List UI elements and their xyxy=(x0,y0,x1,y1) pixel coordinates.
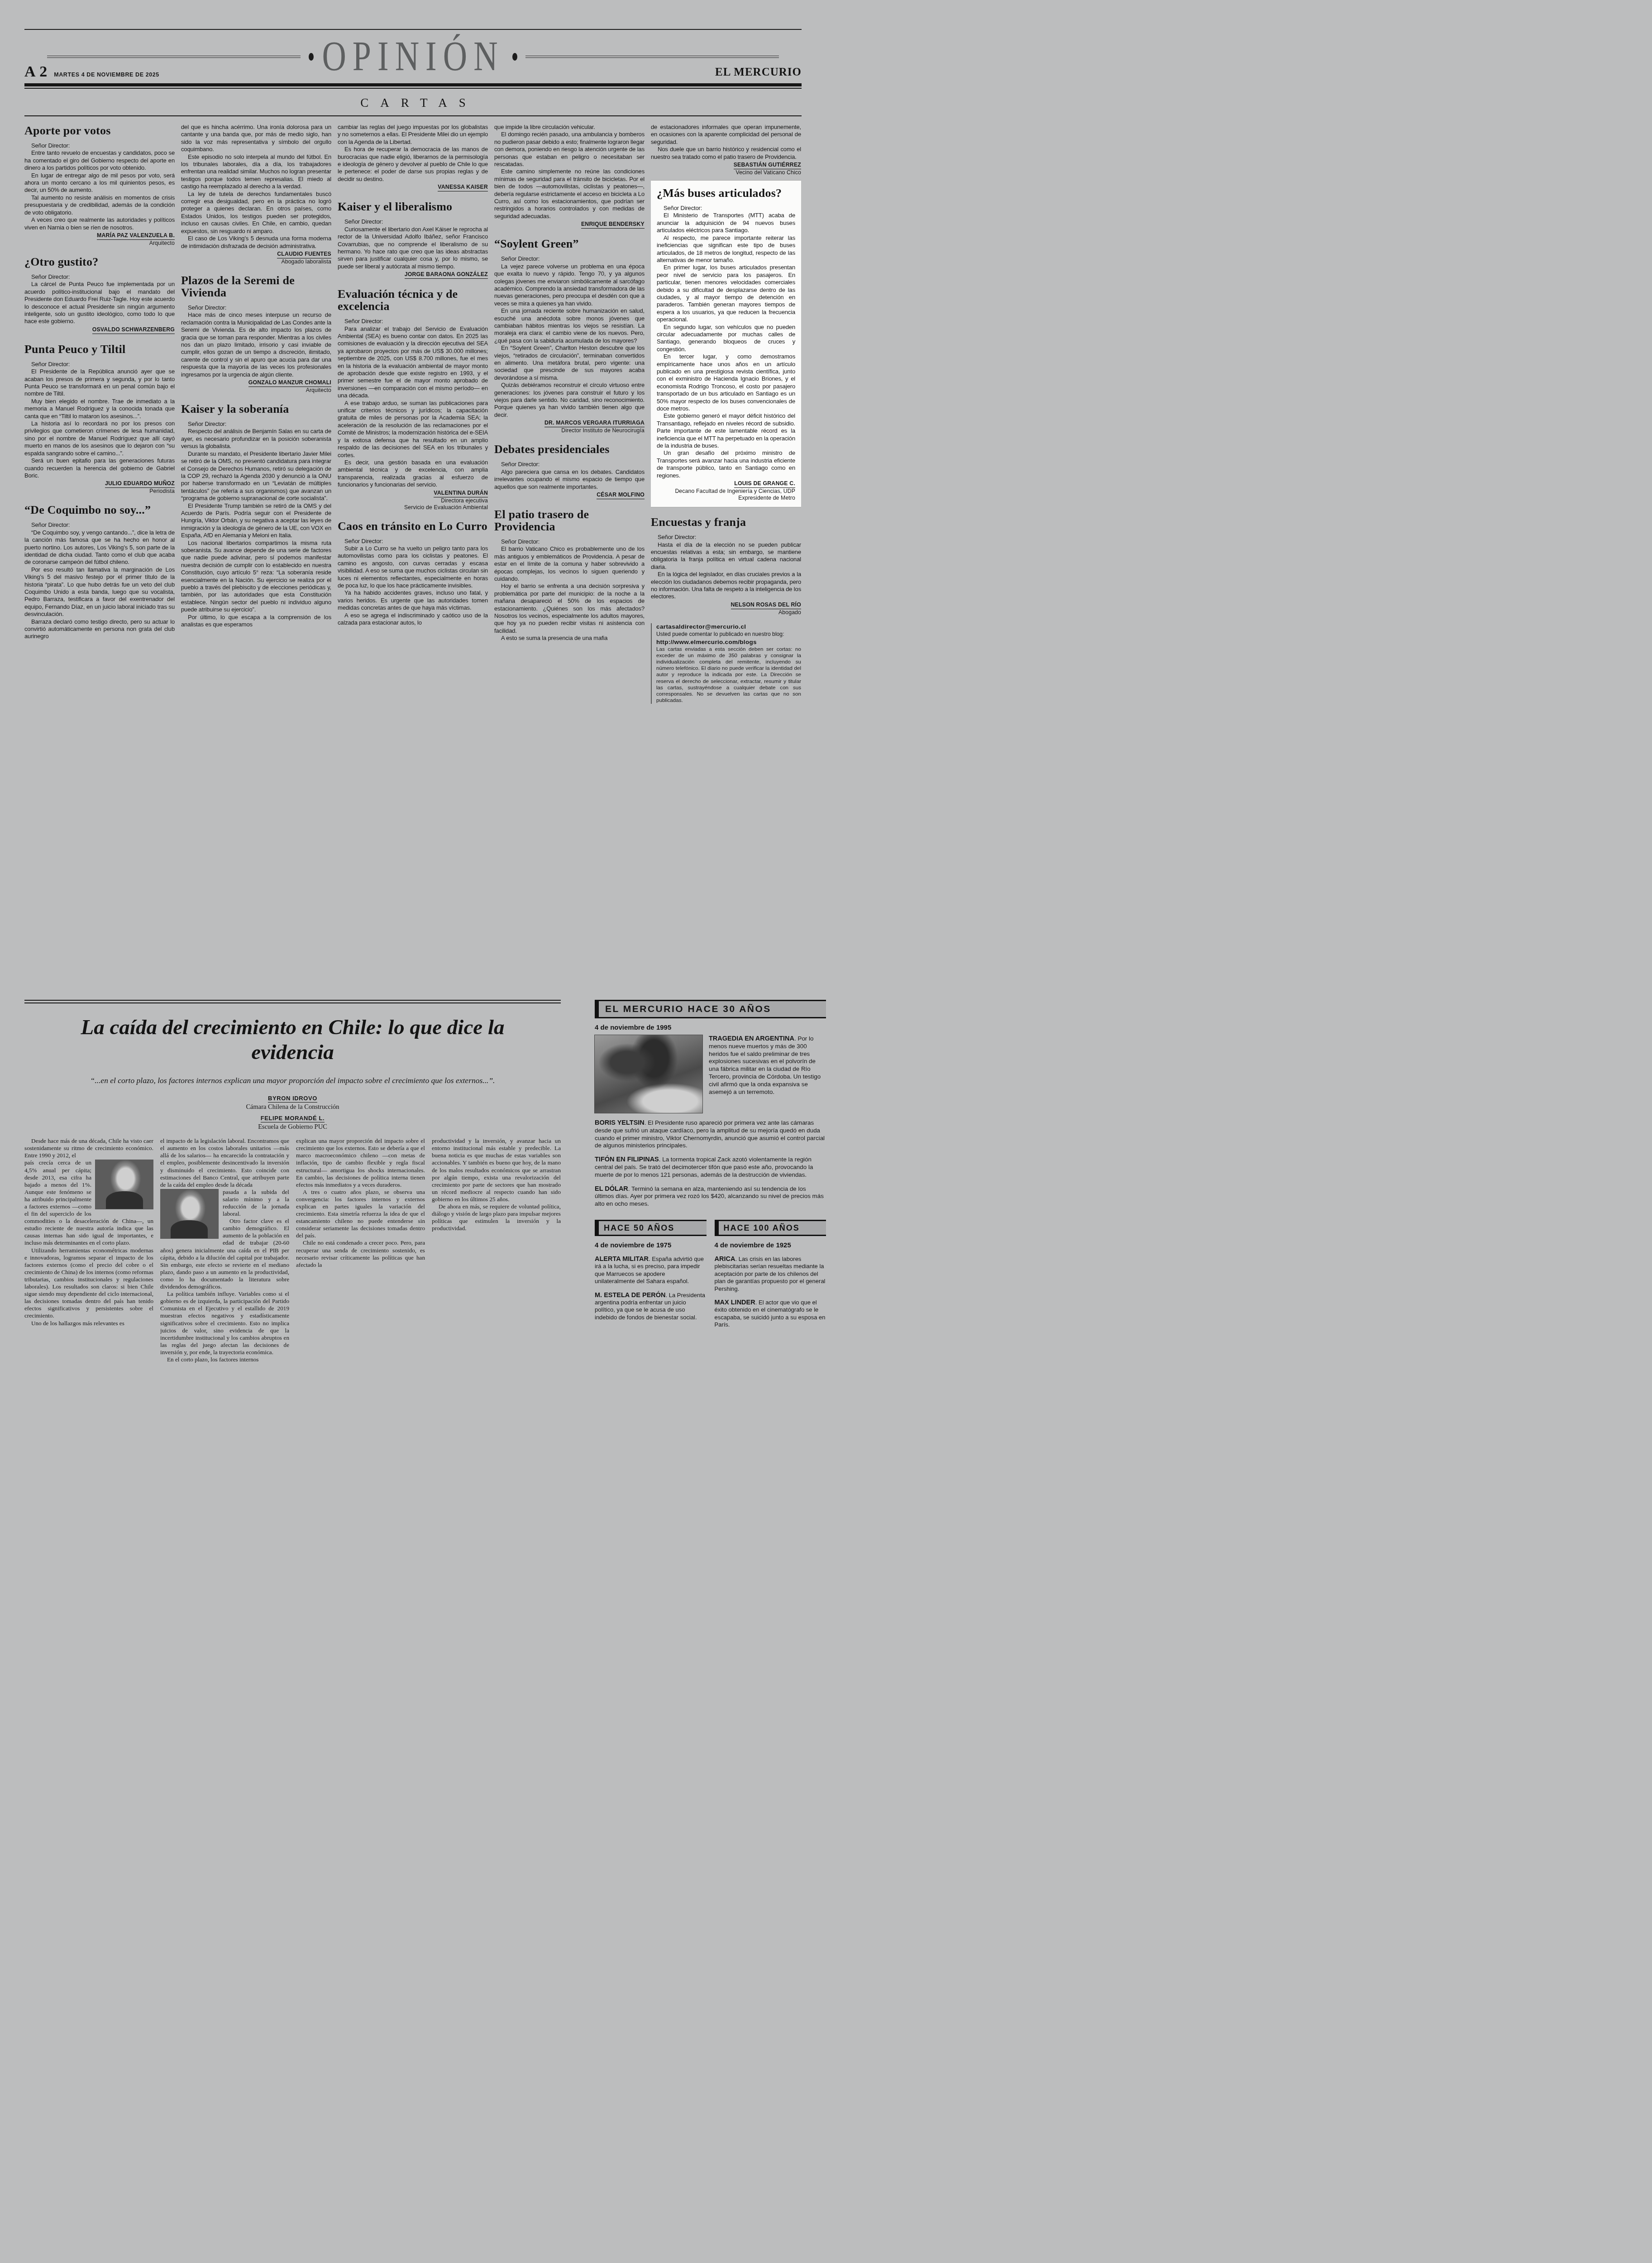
signature-name: JULIO EDUARDO MUÑOZ xyxy=(105,480,175,488)
letter-paragraph: Este episodio no solo interpela al mundo… xyxy=(181,153,331,191)
letter-paragraph: el impacto de la legislación laboral. En… xyxy=(160,1137,289,1189)
mailbox-rules: Las cartas enviadas a esta sección deben… xyxy=(656,646,801,704)
letter-paragraph: El barrio Vaticano Chico es probablement… xyxy=(494,545,645,582)
letter-paragraph: Es hora de recuperar la democracia de la… xyxy=(338,146,488,183)
letter-salutation: Señor Director: xyxy=(24,142,175,149)
hace100-header-bar: HACE 100 AÑOS xyxy=(715,1220,826,1236)
signature: OSVALDO SCHWARZENBERG xyxy=(24,326,175,334)
letter-paragraph: A eso se agrega el indiscriminado y caót… xyxy=(338,612,488,627)
letter-paragraph: Respecto del análisis de Benjamín Salas … xyxy=(181,428,331,450)
letter-paragraph: En lugar de entregar algo de mil pesos p… xyxy=(24,172,175,194)
letter-heading: Kaiser y el liberalismo xyxy=(338,201,488,213)
letter-paragraph: cambiar las reglas del juego impuestas p… xyxy=(338,124,488,146)
signature: JULIO EDUARDO MUÑOZPeriodista xyxy=(24,480,175,495)
history-item-lead: TRAGEDIA EN ARGENTINA xyxy=(709,1035,794,1042)
letter-paragraph: El Presidente Trump también se retiró de… xyxy=(181,502,331,539)
letter-paragraph: Ya ha habido accidentes graves, incluso … xyxy=(338,589,488,611)
letter-paragraph: Será un buen epitafio para las generacio… xyxy=(24,457,175,479)
letter-paragraph: del que es hincha acérrimo. Una ironía d… xyxy=(181,124,331,153)
letter-paragraph: En una jornada reciente sobre humanizaci… xyxy=(494,307,645,344)
letter-paragraph: A ese trabajo arduo, se suman las public… xyxy=(338,400,488,459)
byline-author-2: FELIPE MORANDÉ L. Escuela de Gobierno PU… xyxy=(258,1114,327,1131)
letter-heading: Punta Peuco y Tiltil xyxy=(24,343,175,355)
letter-paragraph: A veces creo que realmente las autoridad… xyxy=(24,216,175,231)
signature-name: NELSON ROSAS DEL RÍO xyxy=(731,602,801,609)
signature-name: GONZALO MANZUR CHOMALI xyxy=(248,379,331,387)
letter-paragraph: Nos duele que un barrio histórico y resi… xyxy=(651,146,801,161)
signature: SEBASTIÁN GUTIÉRREZVecino del Vaticano C… xyxy=(651,161,801,176)
history-item-lead: MAX LINDER xyxy=(715,1299,755,1306)
mailbox-blog-url[interactable]: http://www.elmercurio.com/blogs xyxy=(656,639,801,645)
letter-paragraph: Subir a Lo Curro se ha vuelto un peligro… xyxy=(338,545,488,589)
signature-name: OSVALDO SCHWARZENBERG xyxy=(92,326,175,334)
mailbox-email[interactable]: cartasaldirector@mercurio.cl xyxy=(656,623,801,630)
history-item-text: . Por lo menos nueve muertos y más de 30… xyxy=(709,1035,821,1095)
letter-paragraph: Los nacional libertarios compartimos la … xyxy=(181,539,331,614)
header-bar-block-icon xyxy=(595,1001,599,1017)
letter-heading: “Soylent Green” xyxy=(494,238,645,250)
letters-section: Aporte por votosSeñor Director:Entre tan… xyxy=(24,124,802,992)
letter-heading: Aporte por votos xyxy=(24,124,175,137)
letter-paragraph: Desde hace más de una década, Chile ha v… xyxy=(24,1137,153,1159)
masthead-double-rule xyxy=(24,83,802,89)
history-item-lead: ARICA xyxy=(715,1256,735,1263)
subsection-title: CARTAS xyxy=(24,89,802,115)
letter-heading: Plazos de la Seremi de Vivienda xyxy=(181,274,331,299)
article-columns: Desde hace más de una década, Chile ha v… xyxy=(24,1137,561,1475)
history-item: EL DÓLAR. Terminó la semana en alza, man… xyxy=(595,1185,826,1208)
article-subtitle: “...en el corto plazo, los factores inte… xyxy=(79,1074,506,1086)
letter-paragraph: Hace más de cinco meses interpuse un rec… xyxy=(181,311,331,378)
letter-paragraph: de estacionadores informales que operan … xyxy=(651,124,801,146)
letter-heading: Encuestas y franja xyxy=(651,516,801,528)
opinion-box: ¿Más buses articulados?Señor Director:El… xyxy=(651,181,801,507)
edition-date: MARTES 4 DE NOVIEMBRE DE 2025 xyxy=(54,72,159,78)
signature: CLAUDIO FUENTESAbogado laboralista xyxy=(181,250,331,265)
newspaper-page: OPINIÓN A 2 MARTES 4 DE NOVIEMBRE DE 202… xyxy=(0,0,826,1551)
article-column-3: explican una mayor proporción del impact… xyxy=(296,1137,425,1475)
letter-paragraph: El Ministerio de Transportes (MTT) acaba… xyxy=(657,212,795,234)
signature-role: Decano Facultad de Ingeniería y Ciencias… xyxy=(657,488,795,495)
cartas-rule xyxy=(24,115,802,116)
letter-paragraph: En “Soylent Green”, Charlton Heston desc… xyxy=(494,344,645,382)
letter-paragraph: Tal aumento no resiste análisis en momen… xyxy=(24,194,175,216)
page-number: A 2 xyxy=(24,63,48,81)
letter-heading: El patio trasero de Providencia xyxy=(494,508,645,533)
letter-heading: Debates presidenciales xyxy=(494,443,645,455)
hace30-date: 4 de noviembre de 1995 xyxy=(595,1024,826,1031)
signature: CÉSAR MOLFINO xyxy=(494,491,645,499)
signature-name: CÉSAR MOLFINO xyxy=(597,492,645,499)
letter-paragraph: A esto se suma la presencia de una mafia xyxy=(494,635,645,642)
signature: VALENTINA DURÁNDirectora ejecutivaServic… xyxy=(338,489,488,511)
byline-author-1: BYRON IDROVO Cámara Chilena de la Constr… xyxy=(246,1094,339,1111)
letter-salutation: Señor Director: xyxy=(494,255,645,263)
history-item-lead: M. ESTELA DE PERÓN xyxy=(595,1292,666,1299)
letter-heading: Evaluación técnica y de excelencia xyxy=(338,288,488,312)
signature: DR. MARCOS VERGARA ITURRIAGADirector Ins… xyxy=(494,419,645,434)
letter-paragraph: Al respecto, me parece importante reiter… xyxy=(657,234,795,264)
signature: LOUIS DE GRANGE C.Decano Facultad de Ing… xyxy=(657,480,795,501)
letter-salutation: Señor Director: xyxy=(338,318,488,325)
signature-name: JORGE BARAONA GONZÁLEZ xyxy=(405,271,488,279)
hace30-photo-caption: TRAGEDIA EN ARGENTINA. Por lo menos nuev… xyxy=(709,1035,826,1113)
header-bar-block-icon xyxy=(715,1221,719,1235)
signature-name: LOUIS DE GRANGE C. xyxy=(734,480,795,488)
letter-paragraph: El domingo recién pasado, una ambulancia… xyxy=(494,131,645,168)
letter-salutation: Señor Director: xyxy=(651,534,801,541)
letters-column-5: de estacionadores informales que operan … xyxy=(651,124,801,992)
photo-byron-idrovo xyxy=(95,1160,153,1209)
letter-paragraph: Por último, lo que escapa a la comprensi… xyxy=(181,614,331,629)
letter-salutation: Señor Director: xyxy=(657,205,795,212)
letter-salutation: Señor Director: xyxy=(24,521,175,529)
letter-salutation: Señor Director: xyxy=(494,538,645,545)
letter-paragraph: De ahora en más, se requiere de voluntad… xyxy=(432,1203,561,1232)
article-column-4: productividad y la inversión, y avanzar … xyxy=(432,1137,561,1475)
letter-heading: Caos en tránsito en Lo Curro xyxy=(338,520,488,532)
signature: GONZALO MANZUR CHOMALIArquitecto xyxy=(181,379,331,394)
hace50-title: HACE 50 AÑOS xyxy=(599,1221,674,1235)
letter-paragraph: Hoy el barrio se enfrenta a una decisión… xyxy=(494,582,645,635)
byline-role: Cámara Chilena de la Construcción xyxy=(246,1103,339,1111)
letters-column-3: cambiar las reglas del juego impuestas p… xyxy=(338,124,488,992)
letter-paragraph: La vejez parece volverse un problema en … xyxy=(494,263,645,307)
letter-paragraph: En primer lugar, los buses articulados p… xyxy=(657,264,795,323)
letter-paragraph: En la lógica del legislador, en días cru… xyxy=(651,571,801,601)
signature: MARÍA PAZ VALENZUELA B.Arquitecto xyxy=(24,232,175,247)
photo-felipe-morande xyxy=(160,1189,218,1238)
letter-paragraph: Durante su mandato, el Presidente libert… xyxy=(181,450,331,502)
signature-name: DR. MARCOS VERGARA ITURRIAGA xyxy=(544,420,645,427)
letter-paragraph: A tres o cuatro años plazo, se observa u… xyxy=(296,1189,425,1240)
letters-column-1: Aporte por votosSeñor Director:Entre tan… xyxy=(24,124,175,992)
signature-name: ENRIQUE BENDERSKY xyxy=(581,221,645,229)
header-bar-block-icon xyxy=(595,1221,599,1235)
letter-salutation: Señor Director: xyxy=(24,361,175,368)
letter-paragraph: En tercer lugar, y como demostramos empí… xyxy=(657,353,795,412)
hace30-items: BORIS YELTSIN. El Presidente ruso aparec… xyxy=(595,1119,826,1208)
signature-role: Vecino del Vaticano Chico xyxy=(651,169,801,176)
letter-paragraph: El Presidente de la República anunció ay… xyxy=(24,368,175,398)
signature: ENRIQUE BENDERSKY xyxy=(494,220,645,229)
masthead: OPINIÓN A 2 MARTES 4 DE NOVIEMBRE DE 202… xyxy=(24,30,802,83)
letter-paragraph: La cárcel de Punta Peuco fue implementad… xyxy=(24,281,175,325)
signature: JORGE BARAONA GONZÁLEZ xyxy=(338,271,488,279)
letter-salutation: Señor Director: xyxy=(181,304,331,311)
letter-paragraph: Muy bien elegido el nombre. Trae de inme… xyxy=(24,398,175,420)
article-column-2: el impacto de la legislación laboral. En… xyxy=(160,1137,289,1475)
signature-role: Abogado laboralista xyxy=(181,258,331,265)
letter-paragraph: Un gran desafío del próximo ministro de … xyxy=(657,449,795,479)
history-item: ALERTA MILITAR. España advirtió que irá … xyxy=(595,1256,707,1285)
masthead-left: A 2 MARTES 4 DE NOVIEMBRE DE 2025 xyxy=(24,63,159,81)
signature-name: VANESSA KAISER xyxy=(438,184,488,191)
hace50-date: 4 de noviembre de 1975 xyxy=(595,1241,707,1249)
explosion-photo xyxy=(595,1035,702,1113)
hace30-header-bar: EL MERCURIO HACE 30 AÑOS xyxy=(595,1000,826,1018)
letter-heading: Kaiser y la soberanía xyxy=(181,403,331,415)
letters-mailbox: cartasaldirector@mercurio.clUsted puede … xyxy=(651,623,801,704)
signature: VANESSA KAISER xyxy=(338,183,488,191)
signature-role: Directora ejecutiva xyxy=(338,497,488,504)
ornament-dot-right-icon xyxy=(512,53,517,61)
history-item: ARICA. Las crisis en las labores plebisc… xyxy=(715,1256,826,1293)
history-item-lead: TIFÓN EN FILIPINAS xyxy=(595,1156,659,1163)
letter-salutation: Señor Director: xyxy=(338,218,488,225)
history-item-text: . Terminó la semana en alza, manteniendo… xyxy=(595,1185,824,1208)
signature-name: VALENTINA DURÁN xyxy=(434,490,488,497)
history-item: MAX LINDER. El actor que vio que el éxit… xyxy=(715,1299,826,1329)
letter-paragraph: Este camino simplemente no reúne las con… xyxy=(494,168,645,220)
ornament-line-left xyxy=(47,56,301,58)
hace100-title: HACE 100 AÑOS xyxy=(719,1221,800,1235)
letter-paragraph: Algo pareciera que cansa en los debates.… xyxy=(494,468,645,491)
letters-column-4: que impide la libre circulación vehicula… xyxy=(494,124,645,992)
hace-boxes: HACE 50 AÑOS 4 de noviembre de 1975 ALER… xyxy=(595,1220,826,1329)
signature-role: Periodista xyxy=(24,488,175,495)
hace50-items: ALERTA MILITAR. España advirtió que irá … xyxy=(595,1256,707,1321)
history-item: TIFÓN EN FILIPINAS. La tormenta tropical… xyxy=(595,1156,826,1179)
hace50-box: HACE 50 AÑOS 4 de noviembre de 1975 ALER… xyxy=(595,1220,707,1329)
history-section: EL MERCURIO HACE 30 AÑOS 4 de noviembre … xyxy=(595,1000,826,1329)
article-double-rule xyxy=(24,1000,561,1003)
letter-paragraph: Curiosamente el libertario don Axel Káis… xyxy=(338,226,488,270)
signature-role: Servicio de Evaluación Ambiental xyxy=(338,504,488,511)
bottom-section: La caída del crecimiento en Chile: lo qu… xyxy=(24,1000,802,1475)
letters-column-2: del que es hincha acérrimo. Una ironía d… xyxy=(181,124,331,992)
article-bylines: BYRON IDROVO Cámara Chilena de la Constr… xyxy=(24,1094,561,1131)
ornament-dot-left-icon xyxy=(309,53,314,61)
letter-heading: ¿Más buses articulados? xyxy=(657,187,795,199)
hace50-header-bar: HACE 50 AÑOS xyxy=(595,1220,707,1236)
hace100-items: ARICA. Las crisis en las labores plebisc… xyxy=(715,1256,826,1329)
letter-paragraph: La historia así lo recordará no por los … xyxy=(24,420,175,457)
article-headline: La caída del crecimiento en Chile: lo qu… xyxy=(43,1015,543,1065)
letter-salutation: Señor Director: xyxy=(181,420,331,428)
letter-paragraph: Por eso resultó tan llamativa la margina… xyxy=(24,566,175,618)
letter-salutation: Señor Director: xyxy=(494,461,645,468)
hace100-box: HACE 100 AÑOS 4 de noviembre de 1925 ARI… xyxy=(715,1220,826,1329)
letter-paragraph: Hasta el día de la elección no se pueden… xyxy=(651,541,801,571)
letter-paragraph: Uno de los hallazgos más relevantes es xyxy=(24,1320,153,1327)
signature: NELSON ROSAS DEL RÍOAbogado xyxy=(651,601,801,616)
hace30-title: EL MERCURIO HACE 30 AÑOS xyxy=(599,1001,771,1017)
letter-paragraph: Entre tanto revuelo de encuestas y candi… xyxy=(24,149,175,172)
letter-paragraph: que impide la libre circulación vehicula… xyxy=(494,124,645,131)
feature-article: La caída del crecimiento en Chile: lo qu… xyxy=(24,1000,561,1475)
history-item: M. ESTELA DE PERÓN. La Presidenta argent… xyxy=(595,1292,707,1322)
signature-role: Expresidente de Metro xyxy=(657,495,795,501)
letter-paragraph: En el corto plazo, los factores internos xyxy=(160,1356,289,1363)
history-item-lead: EL DÓLAR xyxy=(595,1185,628,1193)
signature-name: CLAUDIO FUENTES xyxy=(277,251,331,258)
letter-paragraph: Quizás debiéramos reconstruir el círculo… xyxy=(494,382,645,419)
letter-paragraph: Para analizar el trabajo del Servicio de… xyxy=(338,325,488,400)
letter-paragraph: Chile no está condenado a crecer poco. P… xyxy=(296,1239,425,1268)
section-title: OPINIÓN xyxy=(322,36,504,78)
letter-salutation: Señor Director: xyxy=(338,538,488,545)
letter-heading: “De Coquimbo no soy...” xyxy=(24,504,175,516)
letter-paragraph: Es decir, una gestión basada en una eval… xyxy=(338,459,488,489)
byline-name: FELIPE MORANDÉ L. xyxy=(261,1115,325,1122)
hace30-photo-row: TRAGEDIA EN ARGENTINA. Por lo menos nuev… xyxy=(595,1035,826,1113)
letter-paragraph: explican una mayor proporción del impact… xyxy=(296,1137,425,1189)
byline-name: BYRON IDROVO xyxy=(268,1095,317,1103)
letter-paragraph: Barraza declaró como testigo directo, pe… xyxy=(24,618,175,640)
letter-salutation: Señor Director: xyxy=(24,273,175,281)
letter-paragraph: “De Coquimbo soy, y vengo cantando...”, … xyxy=(24,529,175,566)
signature-name: SEBASTIÁN GUTIÉRREZ xyxy=(734,162,801,169)
history-item-lead: BORIS YELTSIN xyxy=(595,1119,645,1127)
history-item: TRAGEDIA EN ARGENTINA. Por lo menos nuev… xyxy=(709,1035,826,1096)
article-column-1: Desde hace más de una década, Chile ha v… xyxy=(24,1137,153,1475)
ornament-line-right xyxy=(525,56,779,58)
letter-paragraph: Este gobierno generó el mayor déficit hi… xyxy=(657,412,795,449)
letter-paragraph: La política también influye. Variables c… xyxy=(160,1290,289,1356)
letter-paragraph: La ley de tutela de derechos fundamental… xyxy=(181,191,331,235)
letter-paragraph: En segundo lugar, son vehículos que no p… xyxy=(657,324,795,353)
mailbox-note: Usted puede comentar lo publicado en nue… xyxy=(656,631,801,638)
signature-role: Abogado xyxy=(651,609,801,616)
signature-role: Director Instituto de Neurocirugía xyxy=(494,427,645,434)
history-item-lead: ALERTA MILITAR xyxy=(595,1256,649,1263)
history-item: BORIS YELTSIN. El Presidente ruso aparec… xyxy=(595,1119,826,1150)
signature-role: Arquitecto xyxy=(181,387,331,394)
signature-role: Arquitecto xyxy=(24,240,175,247)
byline-role: Escuela de Gobierno PUC xyxy=(258,1123,327,1131)
brand-name: EL MERCURIO xyxy=(715,66,802,79)
letter-paragraph: productividad y la inversión, y avanzar … xyxy=(432,1137,561,1203)
letter-paragraph: El caso de Los Viking’s 5 desnuda una fo… xyxy=(181,235,331,250)
signature-name: MARÍA PAZ VALENZUELA B. xyxy=(97,232,175,240)
letter-paragraph: Utilizando herramientas econométricas mo… xyxy=(24,1247,153,1320)
letter-heading: ¿Otro gustito? xyxy=(24,256,175,268)
hace100-date: 4 de noviembre de 1925 xyxy=(715,1241,826,1249)
